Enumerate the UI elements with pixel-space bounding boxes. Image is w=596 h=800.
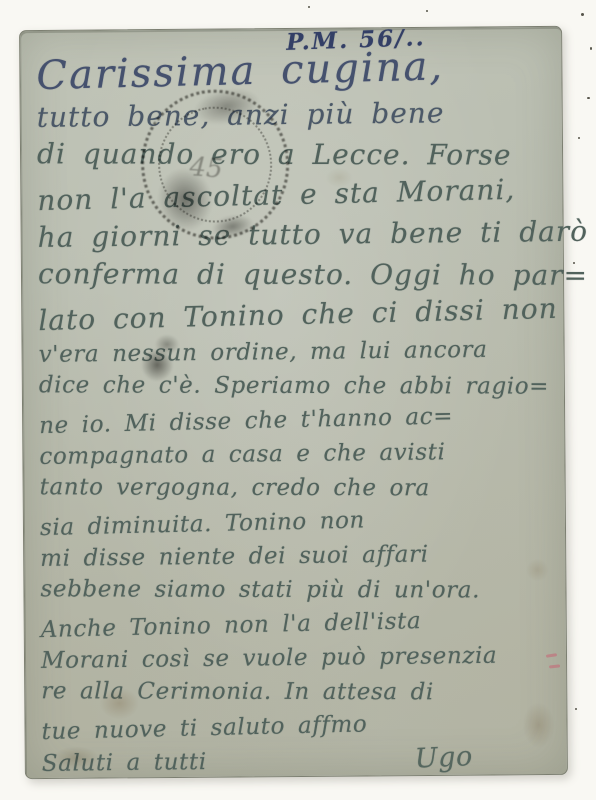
dust-speck [587,97,590,99]
stain [522,555,552,585]
dust-speck [578,137,580,139]
stain [93,682,145,724]
signature: Ugo [414,740,474,777]
ink-smudge [134,330,184,388]
postmark-center-mark: 45 [189,152,224,184]
postcard: P.M. 56/.. Carissima cugina, tutto bene,… [19,26,568,779]
dust-speck [575,708,577,710]
handwritten-line: di quando ero a Lecce. Forse [37,134,556,175]
closing-row: Saluti a tutti Ugo [42,740,561,781]
dust-speck [573,262,575,264]
stain [517,695,559,755]
dust-speck [308,6,310,8]
postcard-scan: P.M. 56/.. Carissima cugina, tutto bene,… [0,0,596,800]
handwritten-line: Morani così se vuole può presenzia [41,638,560,678]
handwritten-line: compagnato a casa e che avisti [39,434,558,474]
handwritten-line: Carissima cugina, [36,39,556,101]
handwritten-line: v'era nessun ordine, ma lui ancora [38,332,557,372]
postmark-stamp-icon: 45 [129,77,302,251]
dust-speck [426,10,428,12]
dust-speck [590,47,592,50]
stain [321,164,357,190]
handwritten-line: tutto bene, anzi più bene [37,92,556,138]
dust-speck [581,13,584,16]
handwritten-line: conferma di questo. Oggi ho par= [38,254,557,295]
handwritten-text: Carissima cugina, tutto bene, anzi più b… [36,43,561,780]
handwritten-line: mi disse niente dei suoi affari [40,536,559,576]
